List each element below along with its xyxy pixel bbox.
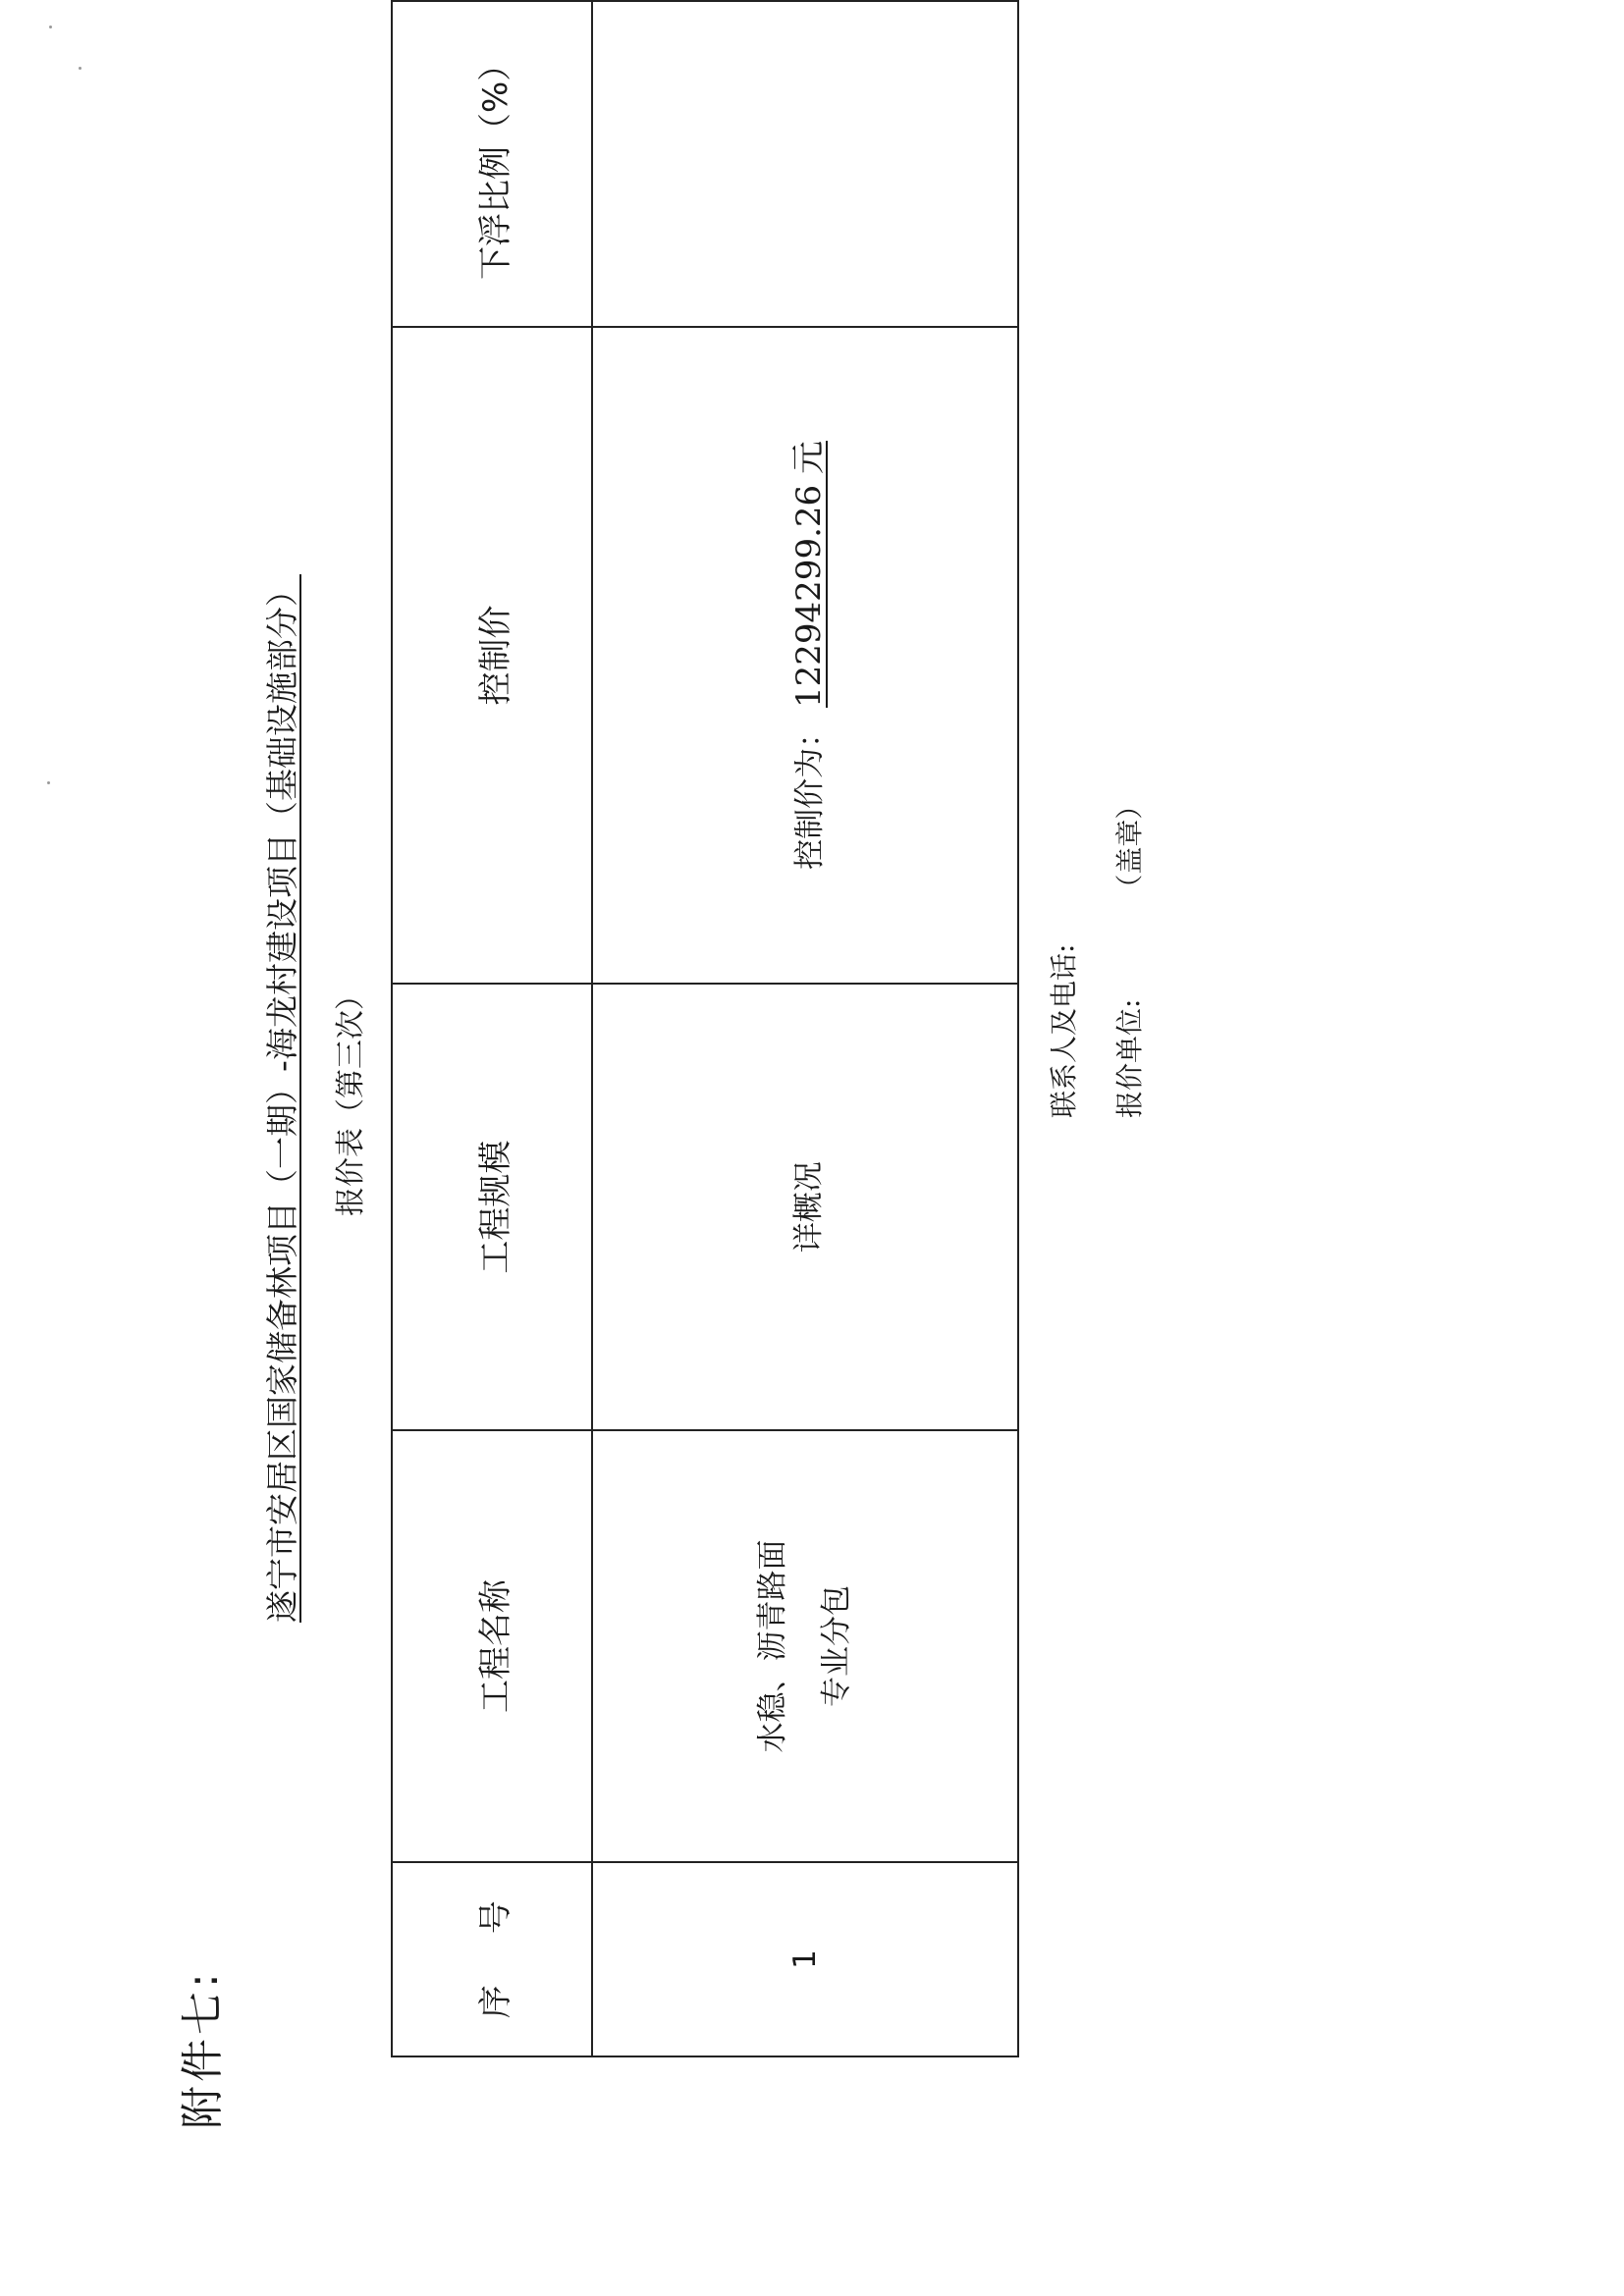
- document-subtitle: 报价表（第三次）: [326, 549, 369, 1648]
- table-row: 1 水稳、沥青路面 专业分包 详概况 控制价为： 12294299.26 元: [592, 1, 1018, 2056]
- header-discount-ratio: 下浮比例（%）: [392, 1, 592, 327]
- scan-speck: [47, 781, 50, 784]
- cell-seq: 1: [592, 1862, 1018, 2056]
- contact-label: 联系人及电话:: [1048, 944, 1080, 1118]
- header-project-name: 工程名称: [392, 1430, 592, 1862]
- header-seq-char2: 号: [468, 1900, 516, 1934]
- header-seq-char1: 序: [468, 1985, 516, 2018]
- scan-speck: [49, 26, 52, 28]
- quotation-table: 序号 工程名称 工程规模 控制价 下浮比例（%） 1 水稳、沥青路面 专业分包 …: [391, 0, 1019, 2057]
- attachment-label: 附件七:: [167, 1969, 230, 2129]
- bidder-label: 报价单位:: [1113, 999, 1146, 1118]
- document-title: 遂宁市安居区国家储备林项目（一期）-海龙村建设项目（基础设施部分）: [257, 549, 303, 1648]
- cell-control-price: 控制价为： 12294299.26 元: [592, 327, 1018, 985]
- header-project-scale: 工程规模: [392, 984, 592, 1430]
- cell-project-scale: 详概况: [592, 984, 1018, 1430]
- cell-discount-ratio[interactable]: [592, 1, 1018, 327]
- project-title: 遂宁市安居区国家储备林项目（一期）-海龙村建设项目（基础设施部分）: [263, 574, 301, 1623]
- bidder-field: 报价单位: （盖章）: [1097, 792, 1163, 1118]
- control-price-label: 控制价为：: [792, 718, 828, 870]
- scan-speck: [79, 67, 81, 70]
- document-page: 附件七: 遂宁市安居区国家储备林项目（一期）-海龙村建设项目（基础设施部分） 报…: [0, 0, 1624, 2296]
- project-name-line1: 水稳、沥青路面: [741, 1432, 805, 1860]
- contact-field: 联系人及电话:: [1031, 792, 1097, 1118]
- header-control-price: 控制价: [392, 327, 592, 985]
- header-seq: 序号: [392, 1862, 592, 2056]
- cell-project-name: 水稳、沥青路面 专业分包: [592, 1430, 1018, 1862]
- control-price-value: 12294299.26 元: [789, 441, 829, 708]
- table-header-row: 序号 工程名称 工程规模 控制价 下浮比例（%）: [392, 1, 592, 2056]
- project-name-line2: 专业分包: [805, 1432, 869, 1860]
- signature-block: 联系人及电话: 报价单位: （盖章）: [1031, 792, 1163, 1118]
- stamp-note: （盖章）: [1113, 792, 1146, 902]
